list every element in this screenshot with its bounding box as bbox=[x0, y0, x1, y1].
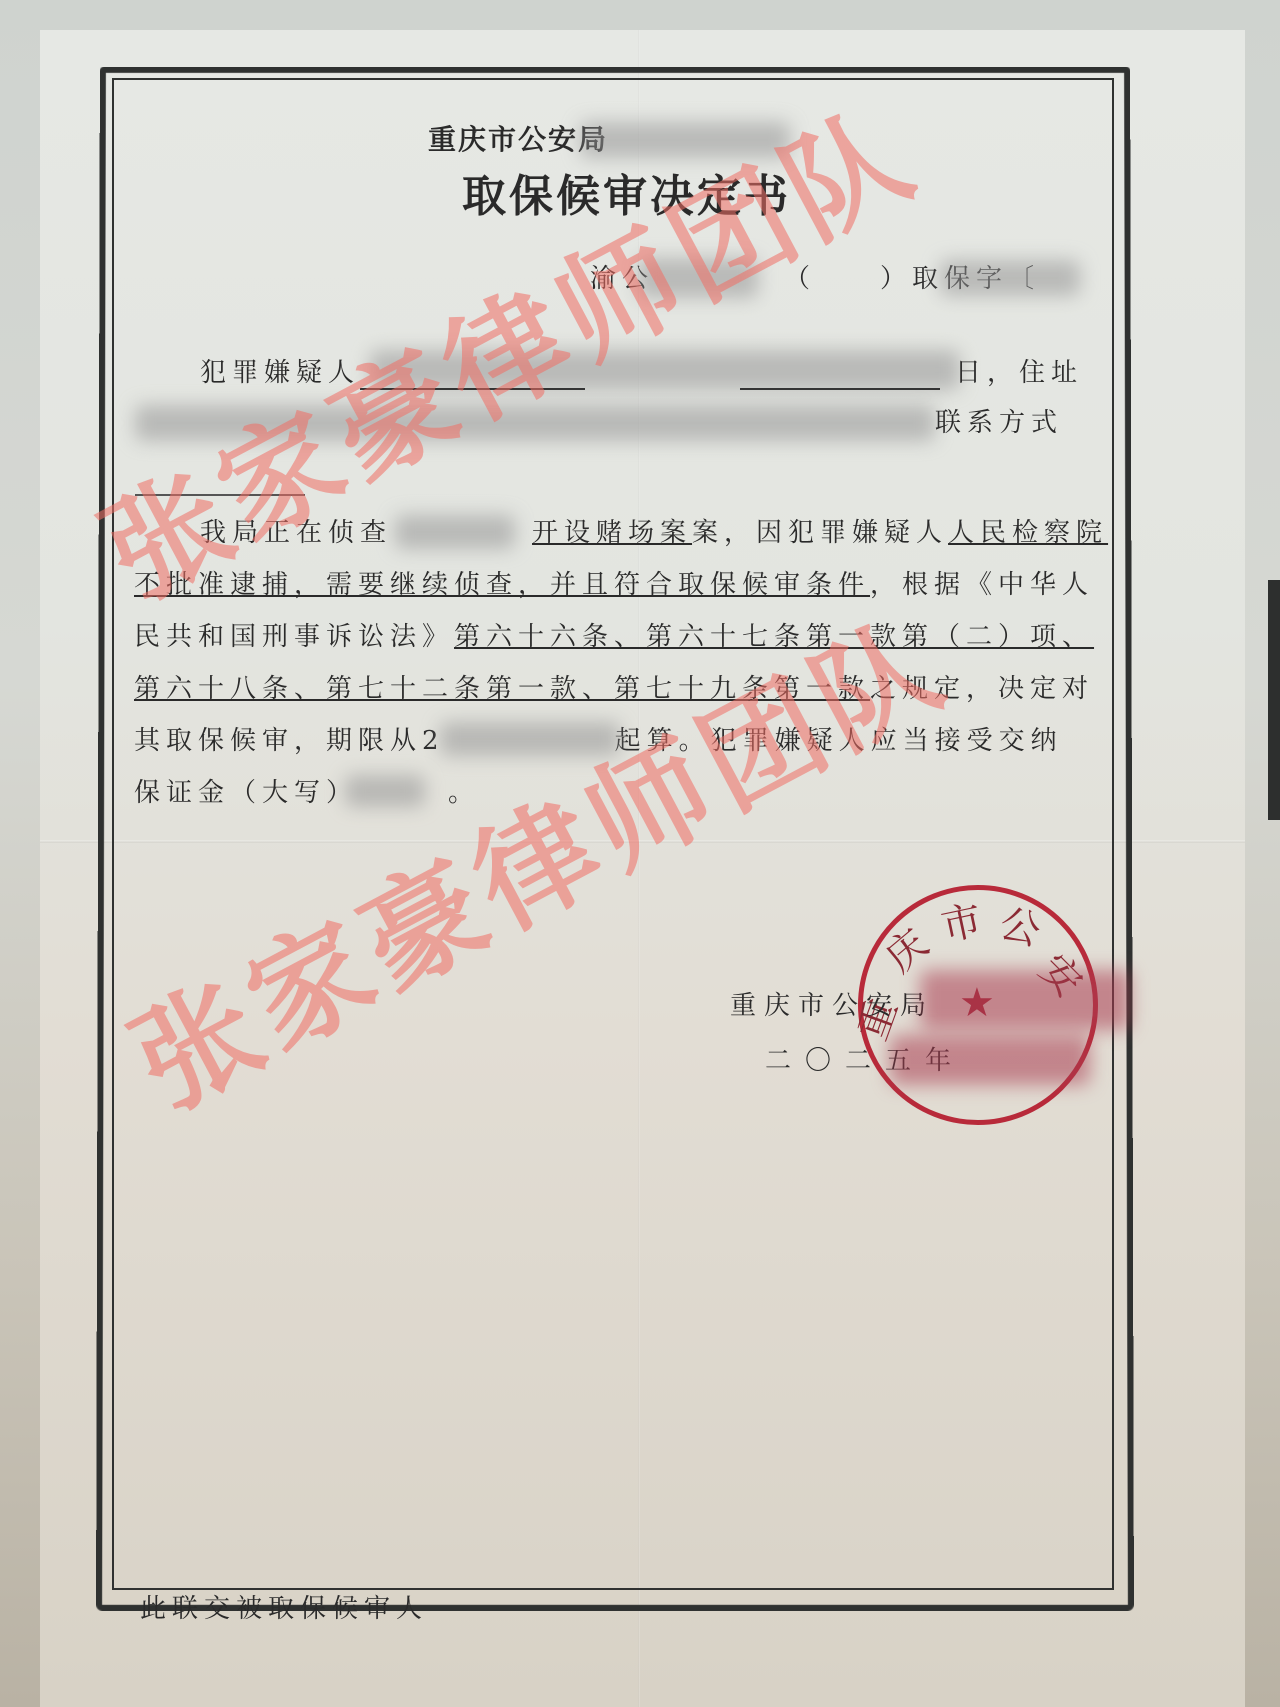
suspect-underline bbox=[360, 388, 585, 390]
text-segment: 民共和国刑事诉讼法》 bbox=[134, 622, 454, 652]
copy-recipient-note: 此联交被取保候审人 bbox=[140, 1588, 428, 1625]
redacted-bail-amount bbox=[345, 775, 425, 807]
text-segment: 不批准逮捕，需要继续侦查，并且符合取保候审条件 bbox=[134, 570, 870, 600]
paragraph-line-4: 第六十八条、第七十二条第一款、第七十九条第一款之规定，决定对 bbox=[134, 668, 1094, 705]
paragraph-line-6: 保证金（大写）。 bbox=[134, 772, 480, 809]
redacted-org-suffix bbox=[580, 122, 790, 158]
redacted-doc-year-number bbox=[940, 260, 1080, 296]
seal-char: 市 bbox=[936, 888, 987, 952]
document-title: 取保候审决定书 bbox=[462, 160, 791, 224]
redacted-case-party bbox=[395, 515, 515, 549]
address-label: 日，住址 bbox=[955, 352, 1083, 389]
text-segment: 起算。 bbox=[615, 726, 711, 756]
paragraph-line-1: 我局正在侦查开设赌场案案，因犯罪嫌疑人人民检察院 bbox=[200, 512, 1108, 549]
text-segment: 保证金（大写） bbox=[134, 778, 358, 808]
redacted-doc-code bbox=[638, 258, 758, 298]
text-segment: 。 bbox=[448, 778, 480, 808]
text-segment: 犯罪嫌疑人应当接受交纳 bbox=[711, 726, 1063, 756]
seal-char: 公 bbox=[994, 892, 1047, 957]
text-segment: 其取保候审，期限从 bbox=[134, 726, 422, 756]
procuratorate: 人民检察院 bbox=[948, 518, 1108, 548]
suspect-label: 犯罪嫌疑人 bbox=[200, 352, 360, 389]
text-segment: 我局正在侦查 bbox=[200, 518, 392, 548]
background-object bbox=[1268, 580, 1280, 820]
paragraph-line-3: 民共和国刑事诉讼法》第六十六条、第六十七条第一款第（二）项、 bbox=[134, 616, 1094, 653]
law-articles: 第六十六条、第六十七条第一款第（二）项、 bbox=[454, 622, 1094, 652]
redacted-address bbox=[135, 405, 935, 441]
redacted-signature-suffix bbox=[920, 970, 1130, 1030]
text-segment: 之规定，决定对 bbox=[870, 674, 1094, 704]
contact-underline bbox=[135, 494, 305, 496]
text-segment: 案，因犯罪嫌疑人 bbox=[692, 518, 948, 548]
document-border-inner bbox=[112, 78, 1114, 1590]
suspect-underline bbox=[740, 388, 940, 390]
redacted-suspect-info bbox=[370, 350, 960, 390]
redacted-bail-period bbox=[440, 722, 620, 756]
redacted-date bbox=[890, 1035, 1090, 1085]
text-segment: ，根据《中华人 bbox=[870, 570, 1094, 600]
case-type: 开设赌场案 bbox=[532, 518, 692, 548]
signature-org: 重庆市公安局 bbox=[730, 985, 934, 1022]
doc-number-middle: （ ） bbox=[784, 264, 912, 294]
paragraph-line-2: 不批准逮捕，需要继续侦查，并且符合取保候审条件，根据《中华人 bbox=[134, 564, 1094, 601]
contact-label: 联系方式 bbox=[935, 402, 1063, 439]
law-articles: 第六十八条、第七十二条第一款、第七十九条第一款 bbox=[134, 674, 870, 704]
